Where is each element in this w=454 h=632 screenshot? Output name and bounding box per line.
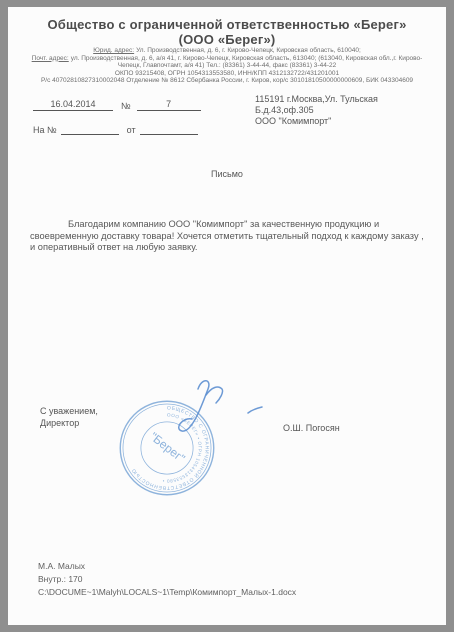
postal-address-label: Почт. адрес: bbox=[32, 55, 69, 62]
number-field: 7 bbox=[137, 98, 201, 111]
reply-number-field bbox=[61, 122, 119, 135]
recipient-address: 115191 г.Москва,Ул. Тульская Б.д.43,оф.3… bbox=[255, 94, 378, 127]
company-title-line1: Общество с ограниченной ответственностью… bbox=[8, 17, 446, 32]
executor-phone: Внутр.: 170 bbox=[38, 573, 296, 586]
recipient-line3: ООО "Комимпорт" bbox=[255, 116, 378, 127]
ref-date-row: 16.04.2014№7 bbox=[33, 98, 201, 111]
executor-block: М.А. Малых Внутр.: 170 C:\DOCUME~1\Malyh… bbox=[38, 560, 296, 599]
document-file-path: C:\DOCUME~1\Malyh\LOCALS~1\Temp\Комимпор… bbox=[38, 586, 296, 599]
scanned-letter-screenshot: { "page": { "background_color": "#8f8f8f… bbox=[0, 0, 454, 632]
letter-body: Благодарим компанию ООО "Комимпорт" за к… bbox=[30, 219, 424, 254]
recipient-line1: 115191 г.Москва,Ул. Тульская bbox=[255, 94, 378, 105]
bank-details: Р/с 40702810827310002048 Отделение № 861… bbox=[41, 77, 413, 84]
pen-signature bbox=[148, 375, 278, 445]
legal-address-text: Ул. Производственная, д. 6, г. Кирово-Че… bbox=[136, 47, 361, 54]
letter-page: Общество с ограниченной ответственностью… bbox=[8, 7, 446, 625]
from-label: от bbox=[127, 125, 136, 135]
number-label: № bbox=[121, 101, 131, 111]
date-field: 16.04.2014 bbox=[33, 98, 113, 111]
registration-codes: ОКПО 93215408, ОГРН 1054313553580, ИНН/К… bbox=[115, 70, 339, 77]
company-title: Общество с ограниченной ответственностью… bbox=[8, 17, 446, 47]
closing-block: С уважением, Директор bbox=[40, 405, 98, 429]
signer-name: О.Ш. Погосян bbox=[283, 423, 340, 433]
letter-subject: Письмо bbox=[8, 169, 446, 179]
ref-reply-row: На №от bbox=[33, 122, 198, 135]
postal-address-text: ул. Производственная, д. 6, а/я 41, г. К… bbox=[71, 55, 423, 70]
closing-line1: С уважением, bbox=[40, 405, 98, 417]
legal-address-label: Юрид. адрес: bbox=[93, 47, 134, 54]
closing-line2: Директор bbox=[40, 417, 98, 429]
company-title-line2: (ООО «Берег») bbox=[8, 32, 446, 47]
reply-label: На № bbox=[33, 125, 57, 135]
executor-name: М.А. Малых bbox=[38, 560, 296, 573]
recipient-line2: Б.д.43,оф.305 bbox=[255, 105, 378, 116]
reply-date-field bbox=[140, 122, 198, 135]
letterhead-details: Юрид. адрес:Ул. Производственная, д. 6, … bbox=[22, 47, 432, 85]
